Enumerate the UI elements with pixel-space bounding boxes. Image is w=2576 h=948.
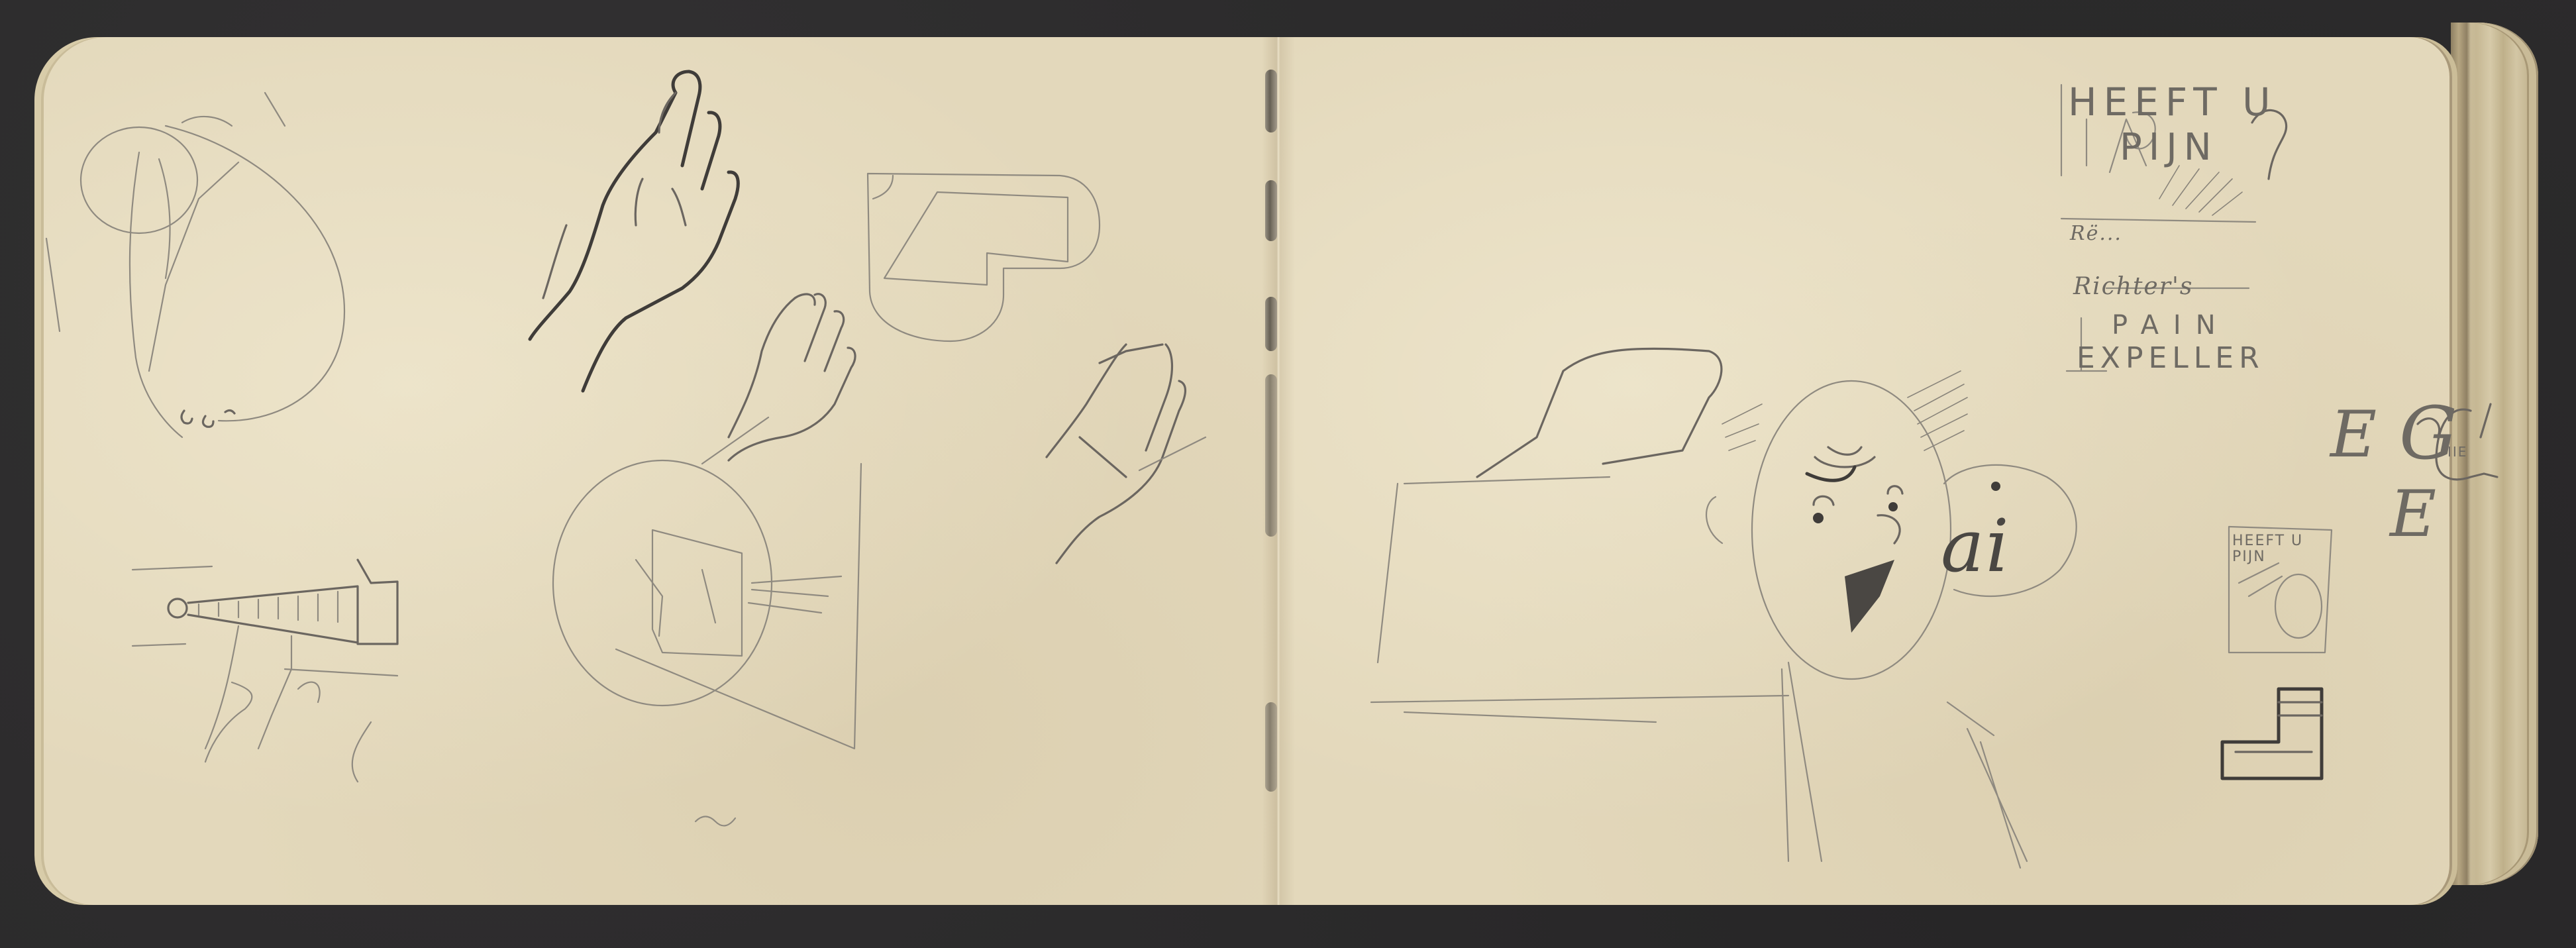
small-hand-sketch (729, 294, 855, 460)
monogram-letter-3: E (2390, 477, 2436, 551)
poster-headline-line2: PIJN (2120, 126, 2218, 169)
large-hand-sketch (530, 72, 738, 391)
poster-caption-script: Rë... (2070, 222, 2122, 245)
letter-p-design (868, 174, 1100, 341)
poster-headline-line1: HEEFT U (2068, 79, 2277, 125)
framed-figure-sketch (553, 417, 861, 749)
circle-figure-sketch (81, 93, 344, 437)
sketchbook-scene: HEEFT U PIJN Rë... Richter's PAIN EXPELL… (0, 0, 2576, 948)
product-name-line2: EXPELLER (2077, 341, 2265, 375)
monogram-small-text: IIE (2447, 444, 2467, 460)
monogram-letter-2: G (2399, 391, 2457, 476)
monogram-letter-1: E (2330, 397, 2377, 472)
small-poster-text: HEEFT U PIJN (2232, 533, 2312, 565)
brand-script: Richter's (2073, 273, 2193, 300)
cartoon-face-sketch (1371, 348, 2027, 868)
scribble-sketch (46, 238, 735, 825)
product-name-line1: PAIN (2112, 310, 2230, 341)
reaching-hand-sketch (1047, 344, 1206, 563)
speech-bubble-text: ai (1941, 503, 2010, 588)
tower-perspective-sketch (132, 560, 397, 676)
